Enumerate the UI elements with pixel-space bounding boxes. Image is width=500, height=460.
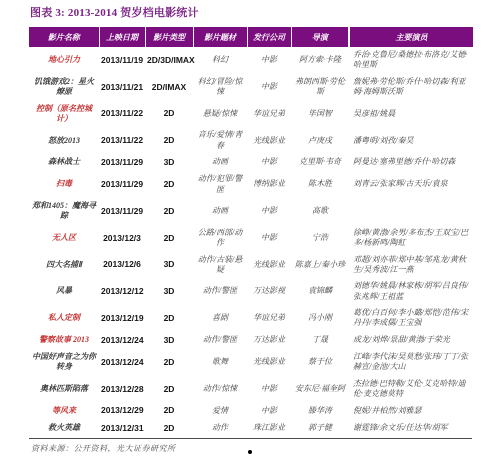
format-cell: 2D/IMAX	[145, 74, 193, 101]
movie-name-cell: 四大名捕Ⅱ	[29, 252, 99, 279]
genre-cell: 动画	[193, 198, 247, 225]
format-cell: 2D	[145, 171, 193, 198]
format-cell: 2D	[145, 376, 193, 403]
director-cell: 克里斯·韦奇	[291, 154, 349, 171]
distributor-cell: 华谊兄弟	[247, 101, 291, 128]
movie-name-cell: 奥林匹斯陷落	[29, 376, 99, 403]
format-cell: 2D	[145, 349, 193, 376]
table-row: 饥饿游戏2：星火燎原2013/11/212D/IMAX科幻/冒险/惊悚中影弗朗西…	[29, 74, 473, 101]
release-date-cell: 2013/12/31	[99, 420, 145, 437]
genre-cell: 动作/惊悚	[193, 376, 247, 403]
distributor-cell: 中影	[247, 225, 291, 252]
release-date-cell: 2013/11/22	[99, 127, 145, 154]
cast-cell: 杰拉德·巴特勒/艾伦·艾克哈特/迪伦·麦克德莫特	[349, 376, 473, 403]
release-date-cell: 2013/11/22	[99, 101, 145, 128]
cast-cell	[349, 198, 473, 225]
release-date-cell: 2013/12/6	[99, 252, 145, 279]
distributor-cell: 中影	[247, 198, 291, 225]
director-cell: 滕华涛	[291, 402, 349, 419]
format-cell: 3D	[145, 154, 193, 171]
release-date-cell: 2013/12/24	[99, 349, 145, 376]
genre-cell: 公路/西部/动作	[193, 225, 247, 252]
release-date-cell: 2013/12/3	[99, 225, 145, 252]
movie-name-cell: 风暴	[29, 278, 99, 305]
table-row: 扫毒2013/11/292D动作/犯罪/警匪博纳影业陈木胜刘青云/张家辉/古天乐…	[29, 171, 473, 198]
report-page: 图表 3: 2013-2014 贺岁档电影统计 影片名称上映日期影片类型影片题材…	[0, 0, 500, 460]
cast-cell: 阿曼达·塞弗里德/乔什·哈切森	[349, 154, 473, 171]
release-date-cell: 2013/12/12	[99, 278, 145, 305]
director-cell: 丁晟	[291, 332, 349, 349]
table-row: 救火英雄2013/12/312D动作珠江影业郭子健谢霆锋/余文乐/任达华/胡军	[29, 420, 473, 437]
director-cell: 蔡于位	[291, 349, 349, 376]
table-row: 奥林匹斯陷落2013/12/282D动作/惊悚中影安东尼·福奎阿杰拉德·巴特勒/…	[29, 376, 473, 403]
column-header: 发行公司	[247, 27, 291, 47]
distributor-cell: 中影	[247, 402, 291, 419]
distributor-cell: 中影	[247, 47, 291, 74]
movie-name-cell: 郑和1405：魔海寻踪	[29, 198, 99, 225]
genre-cell: 动作/犯罪/警匪	[193, 171, 247, 198]
genre-cell: 动作/古装/悬疑	[193, 252, 247, 279]
table-row: 怒放20132013/11/222D音乐/爱情/青春光线影业卢庚戌潘粤明/刘孜/…	[29, 127, 473, 154]
genre-cell: 喜剧	[193, 305, 247, 332]
distributor-cell: 华谊兄弟	[247, 305, 291, 332]
genre-cell: 悬疑/惊悚	[193, 101, 247, 128]
table-row: 四大名捕Ⅱ2013/12/63D动作/古装/悬疑光线影业陈嘉上/秦小珍邓超/刘亦…	[29, 252, 473, 279]
director-cell: 陈嘉上/秦小珍	[291, 252, 349, 279]
release-date-cell: 2013/11/29	[99, 171, 145, 198]
format-cell: 2D	[145, 225, 193, 252]
format-cell: 2D	[145, 305, 193, 332]
movie-name-cell: 控制（原名控城计）	[29, 101, 99, 128]
table-row: 森林战士2013/11/293D动画中影克里斯·韦奇阿曼达·塞弗里德/乔什·哈切…	[29, 154, 473, 171]
director-cell: 弗朗西斯·劳伦斯	[291, 74, 349, 101]
genre-cell: 歌舞	[193, 349, 247, 376]
genre-cell: 爱情	[193, 402, 247, 419]
format-cell: 3D	[145, 252, 193, 279]
genre-cell: 动作	[193, 420, 247, 437]
director-cell: 阿方索·卡隆	[291, 47, 349, 74]
cast-cell: 徐峥/黄渤/余男/多布杰/王双宝/巴多/杨新鸣/陶虹	[349, 225, 473, 252]
column-header: 主要演员	[349, 27, 473, 47]
release-date-cell: 2013/12/29	[99, 402, 145, 419]
format-cell: 2D/3D/IMAX	[145, 47, 193, 74]
cast-cell: 邓超/刘亦菲/郑中基/邹兆龙/黄秋生/吴秀波/江一燕	[349, 252, 473, 279]
column-header: 影片题材	[193, 27, 247, 47]
format-cell: 2D	[145, 101, 193, 128]
format-cell: 3D	[145, 278, 193, 305]
column-header: 上映日期	[99, 27, 145, 47]
distributor-cell: 光线影业	[247, 349, 291, 376]
cast-cell: 谢霆锋/余文乐/任达华/胡军	[349, 420, 473, 437]
movies-table: 影片名称上映日期影片类型影片题材发行公司导演主要演员 地心引力2013/11/1…	[29, 27, 473, 437]
genre-cell: 科幻	[193, 47, 247, 74]
movie-name-cell: 等风来	[29, 402, 99, 419]
format-cell: 2D	[145, 198, 193, 225]
release-date-cell: 2013/11/21	[99, 74, 145, 101]
director-cell: 安东尼·福奎阿	[291, 376, 349, 403]
cast-cell: 倪妮/井柏然/刘雅瑟	[349, 402, 473, 419]
cast-cell: 葛优/白百何/李小璐/郑恺/范伟/宋丹丹/李成儒/王宝强	[349, 305, 473, 332]
cast-cell: 潘粤明/刘孜/秦昊	[349, 127, 473, 154]
director-cell: 毕国智	[291, 101, 349, 128]
table-header: 影片名称上映日期影片类型影片题材发行公司导演主要演员	[29, 27, 473, 47]
genre-cell: 科幻/冒险/惊悚	[193, 74, 247, 101]
format-cell: 2D	[145, 402, 193, 419]
distributor-cell: 博纳影业	[247, 171, 291, 198]
movie-name-cell: 怒放2013	[29, 127, 99, 154]
release-date-cell: 2013/12/19	[99, 305, 145, 332]
director-cell: 卢庚戌	[291, 127, 349, 154]
cast-cell: 刘青云/张家辉/古天乐/袁泉	[349, 171, 473, 198]
movie-name-cell: 森林战士	[29, 154, 99, 171]
release-date-cell: 2013/11/29	[99, 198, 145, 225]
release-date-cell: 2013/11/29	[99, 154, 145, 171]
format-cell: 3D	[145, 332, 193, 349]
table-row: 控制（原名控城计）2013/11/222D悬疑/惊悚华谊兄弟毕国智吴彦祖/姚晨	[29, 101, 473, 128]
movie-name-cell: 无人区	[29, 225, 99, 252]
distributor-cell: 中影	[247, 154, 291, 171]
column-header: 影片类型	[145, 27, 193, 47]
table-row: 私人定制2013/12/192D喜剧华谊兄弟冯小刚葛优/白百何/李小璐/郑恺/范…	[29, 305, 473, 332]
cast-cell: 成龙/刘烨/景甜/黄渤/于荣光	[349, 332, 473, 349]
movie-name-cell: 扫毒	[29, 171, 99, 198]
genre-cell: 动画	[193, 154, 247, 171]
column-header: 导演	[291, 27, 349, 47]
genre-cell: 音乐/爱情/青春	[193, 127, 247, 154]
column-header: 影片名称	[29, 27, 99, 47]
distributor-cell: 中影	[247, 376, 291, 403]
movie-name-cell: 饥饿游戏2：星火燎原	[29, 74, 99, 101]
table-row: 中国好声音之为你转身2013/12/242D歌舞光线影业蔡于位江峰/李代沫/吴莫…	[29, 349, 473, 376]
page-marker-dot	[248, 450, 252, 454]
table-body: 地心引力2013/11/192D/3D/IMAX科幻中影阿方索·卡隆乔治·克鲁尼…	[29, 47, 473, 437]
director-cell: 宁浩	[291, 225, 349, 252]
distributor-cell: 珠江影业	[247, 420, 291, 437]
movie-name-cell: 救火英雄	[29, 420, 99, 437]
cast-cell: 乔治·克鲁尼/桑德拉·布洛克/艾德·哈里斯	[349, 47, 473, 74]
data-source-note: 资料来源：公开资料，光大证券研究所	[31, 443, 176, 454]
cast-cell: 江峰/李代沫/吴莫愁/张玮/丁丁/张赫宣/金池/大山	[349, 349, 473, 376]
movie-name-cell: 中国好声音之为你转身	[29, 349, 99, 376]
cast-cell: 吴彦祖/姚晨	[349, 101, 473, 128]
page-title: 图表 3: 2013-2014 贺岁档电影统计	[30, 4, 199, 20]
distributor-cell: 中影	[247, 74, 291, 101]
director-cell: 袁锦麟	[291, 278, 349, 305]
table-header-row: 影片名称上映日期影片类型影片题材发行公司导演主要演员	[29, 27, 473, 47]
release-date-cell: 2013/12/24	[99, 332, 145, 349]
director-cell: 陈木胜	[291, 171, 349, 198]
footer-divider	[29, 438, 472, 439]
table-row: 郑和1405：魔海寻踪2013/11/292D动画中影高歌	[29, 198, 473, 225]
format-cell: 2D	[145, 127, 193, 154]
table-row: 地心引力2013/11/192D/3D/IMAX科幻中影阿方索·卡隆乔治·克鲁尼…	[29, 47, 473, 74]
movie-name-cell: 警察故事 2013	[29, 332, 99, 349]
cast-cell: 詹妮弗·劳伦斯/乔什·哈切森/利亚姆·海姆斯沃斯	[349, 74, 473, 101]
distributor-cell: 光线影业	[247, 127, 291, 154]
cast-cell: 刘德华/姚晨/林家栋/胡军/吕良伟/张兆辉/王祖蓝	[349, 278, 473, 305]
release-date-cell: 2013/12/28	[99, 376, 145, 403]
table-row: 警察故事 20132013/12/243D动作/警匪万达影业丁晟成龙/刘烨/景甜…	[29, 332, 473, 349]
director-cell: 郭子健	[291, 420, 349, 437]
director-cell: 高歌	[291, 198, 349, 225]
movie-name-cell: 地心引力	[29, 47, 99, 74]
table-row: 等风来2013/12/292D爱情中影滕华涛倪妮/井柏然/刘雅瑟	[29, 402, 473, 419]
movie-name-cell: 私人定制	[29, 305, 99, 332]
format-cell: 2D	[145, 420, 193, 437]
distributor-cell: 光线影业	[247, 252, 291, 279]
distributor-cell: 万达影业	[247, 332, 291, 349]
table-row: 无人区2013/12/32D公路/西部/动作中影宁浩徐峥/黄渤/余男/多布杰/王…	[29, 225, 473, 252]
director-cell: 冯小刚	[291, 305, 349, 332]
genre-cell: 动作/警匪	[193, 332, 247, 349]
release-date-cell: 2013/11/19	[99, 47, 145, 74]
table-row: 风暴2013/12/123D动作/警匪万达影视袁锦麟刘德华/姚晨/林家栋/胡军/…	[29, 278, 473, 305]
distributor-cell: 万达影视	[247, 278, 291, 305]
genre-cell: 动作/警匪	[193, 278, 247, 305]
